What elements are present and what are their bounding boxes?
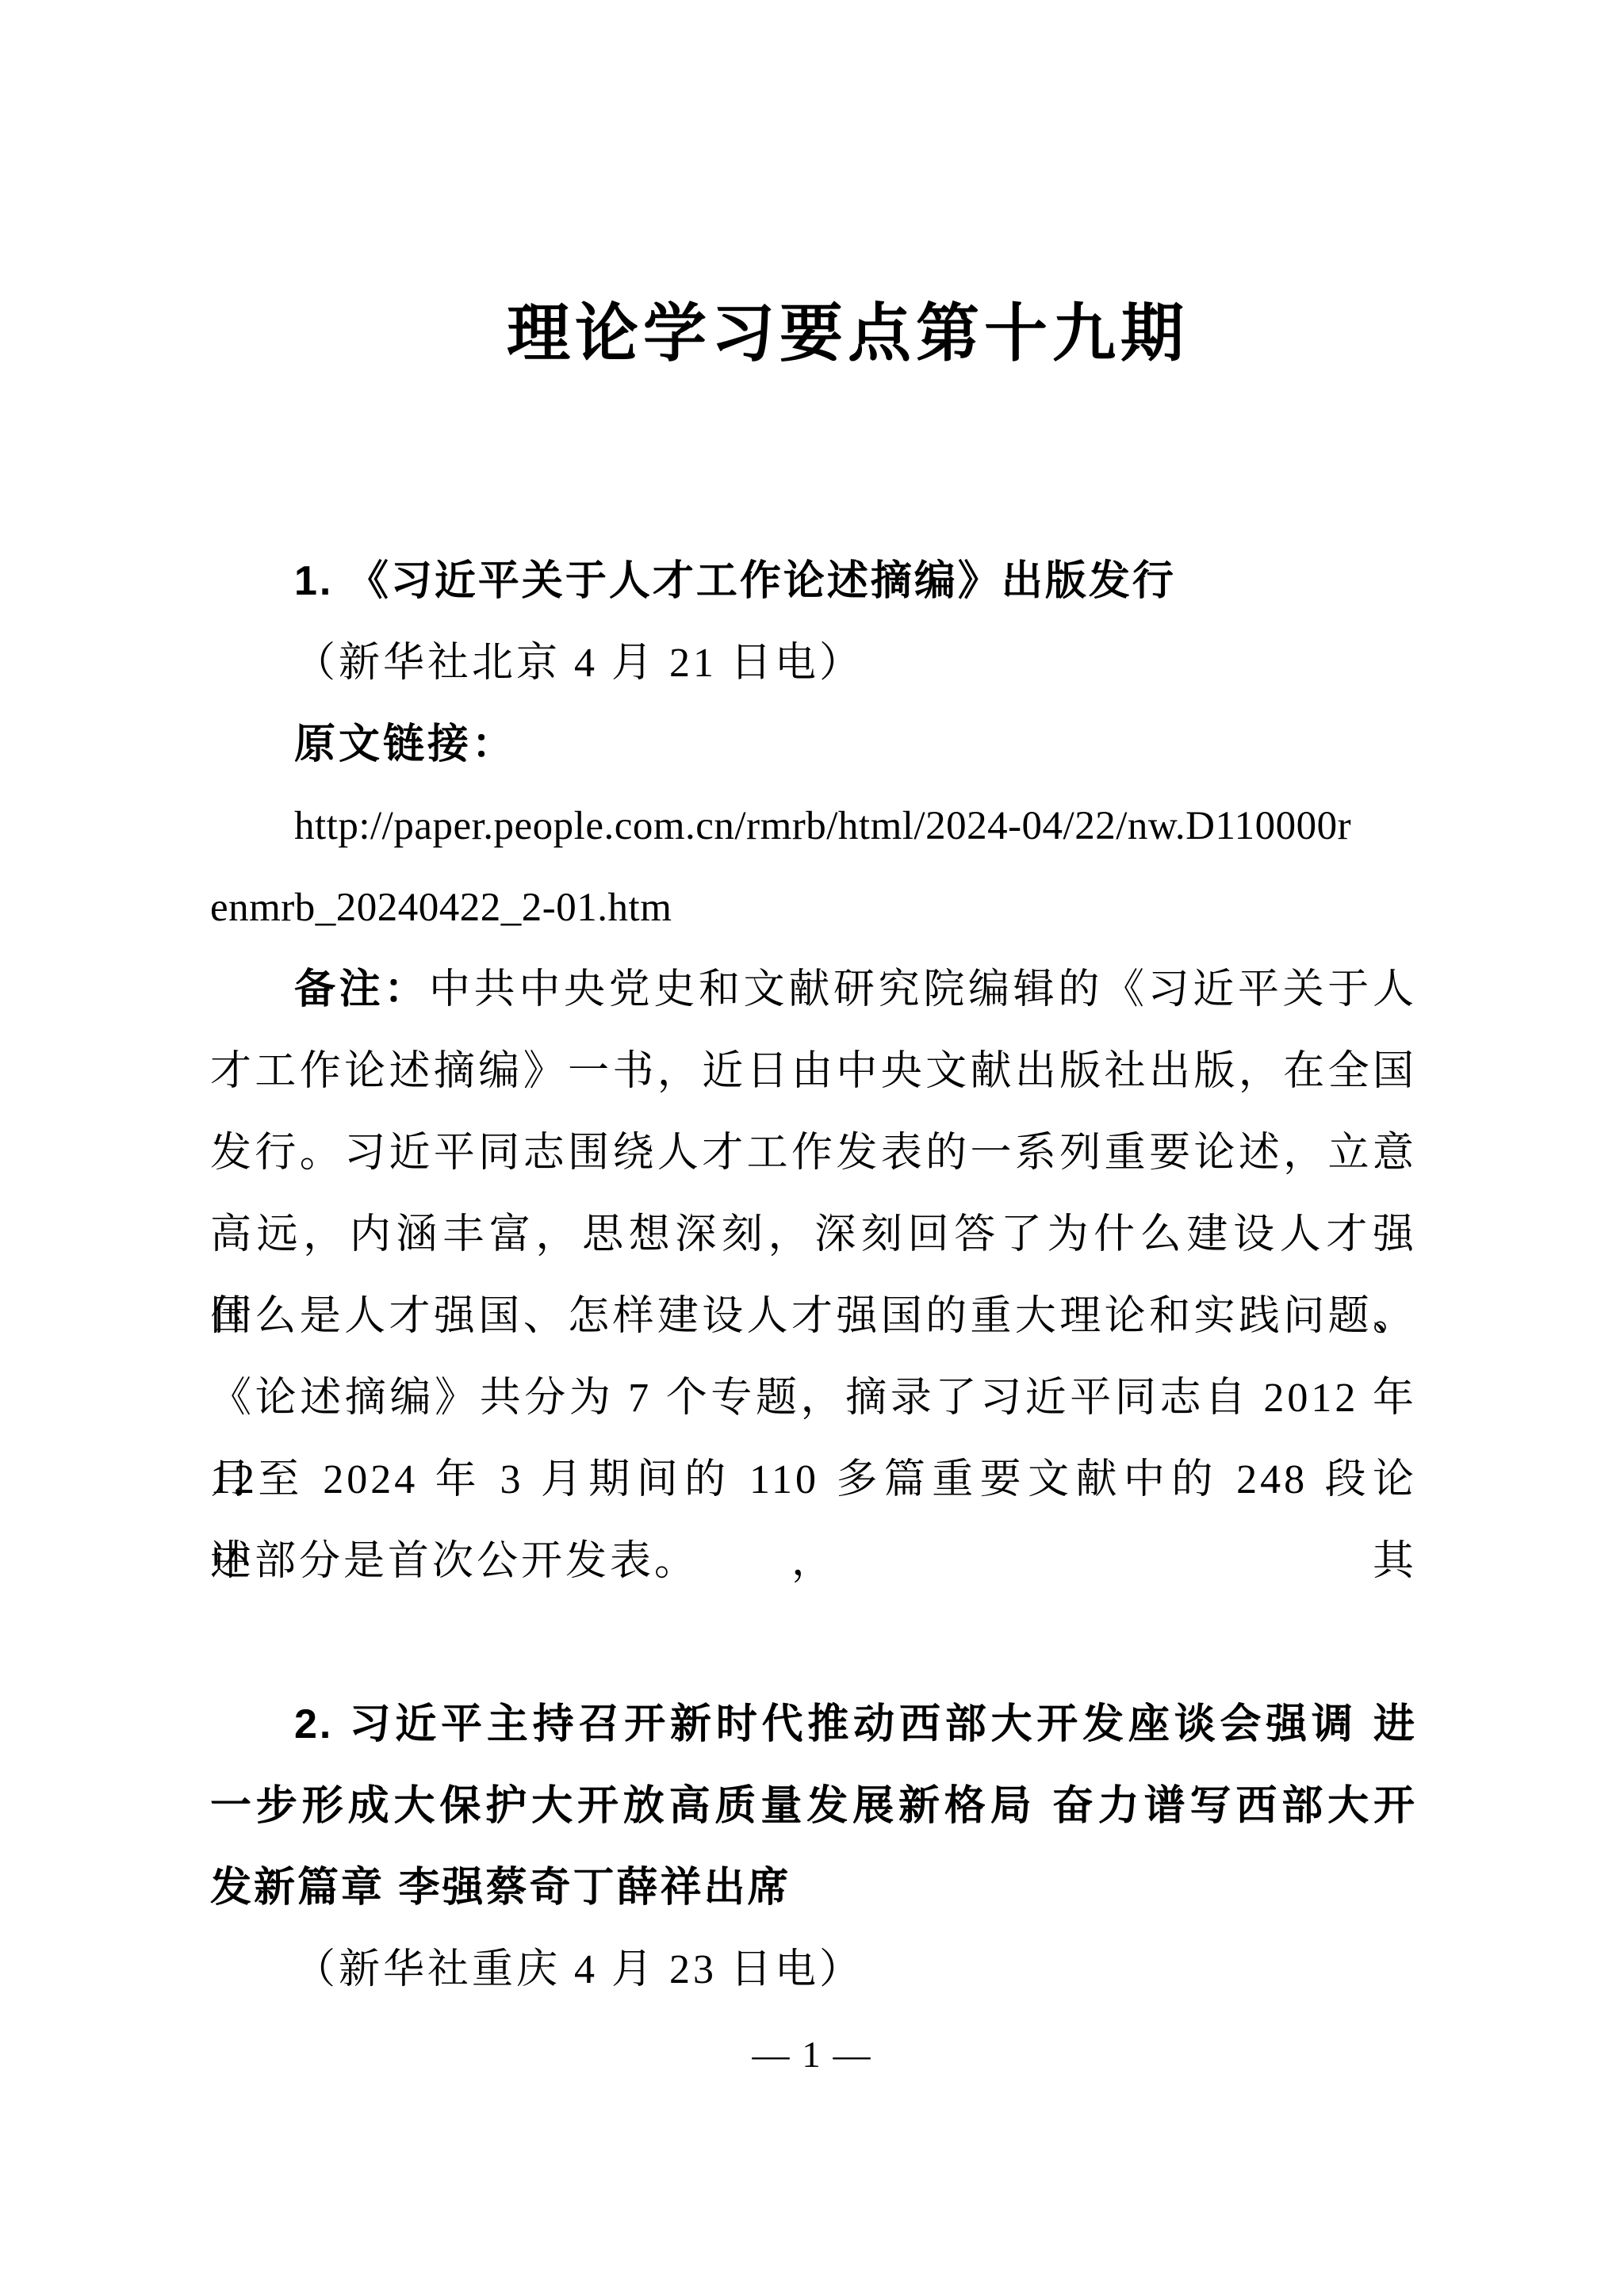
section-2-heading-line-1: 2. 习近平主持召开新时代推动西部大开发座谈会强调 进 — [210, 1684, 1417, 1766]
remark-label: 备注： — [294, 967, 429, 1012]
remark-text-line-6: 《论述摘编》共分为 7 个专题，摘录了习近平同志自 2012 年 12 — [210, 1357, 1417, 1439]
section-2-dateline: （新华社重庆 4 月 23 日电） — [210, 1929, 1417, 2011]
document-body: 1. 《习近平关于人才工作论述摘编》出版发行 （新华社北京 4 月 21 日电）… — [210, 541, 1417, 2011]
page-number: — 1 — — [0, 2031, 1624, 2079]
remark-text-line-7: 月至 2024 年 3 月期间的 110 多篇重要文献中的 248 段论述，其 — [210, 1439, 1417, 1521]
remark-text-line-1: 中共中央党史和文献研究院编辑的《习近平关于人 — [429, 967, 1417, 1012]
section-2-heading-line-3: 发新篇章 李强蔡奇丁薛祥出席 — [210, 1847, 1417, 1929]
spacer-line — [210, 1602, 1417, 1684]
document-title: 理论学习要点第十九期 — [246, 295, 1450, 374]
section-2-heading-line-2: 一步形成大保护大开放高质量发展新格局 奋力谱写西部大开 — [210, 1766, 1417, 1847]
remark-text-line-4: 高远，内涵丰富，思想深刻，深刻回答了为什么建设人才强国、 — [210, 1194, 1417, 1276]
source-url-line-1[interactable]: http://paper.people.com.cn/rmrb/html/202… — [210, 786, 1417, 867]
source-link-label: 原文链接： — [210, 704, 1417, 786]
document-page: 理论学习要点第十九期 1. 《习近平关于人才工作论述摘编》出版发行 （新华社北京… — [0, 0, 1624, 2296]
source-url-line-2[interactable]: enmrb_20240422_2-01.htm — [210, 867, 1417, 949]
remark-text-line-5: 什么是人才强国、怎样建设人才强国的重大理论和实践问题。 — [210, 1276, 1417, 1357]
remark-line-1: 备注：中共中央党史和文献研究院编辑的《习近平关于人 — [210, 949, 1417, 1031]
section-1-dateline: （新华社北京 4 月 21 日电） — [210, 622, 1417, 704]
remark-text-line-2: 才工作论述摘编》一书，近日由中央文献出版社出版，在全国 — [210, 1031, 1417, 1112]
remark-text-line-3: 发行。习近平同志围绕人才工作发表的一系列重要论述，立意 — [210, 1112, 1417, 1194]
section-1-heading: 1. 《习近平关于人才工作论述摘编》出版发行 — [210, 541, 1417, 622]
